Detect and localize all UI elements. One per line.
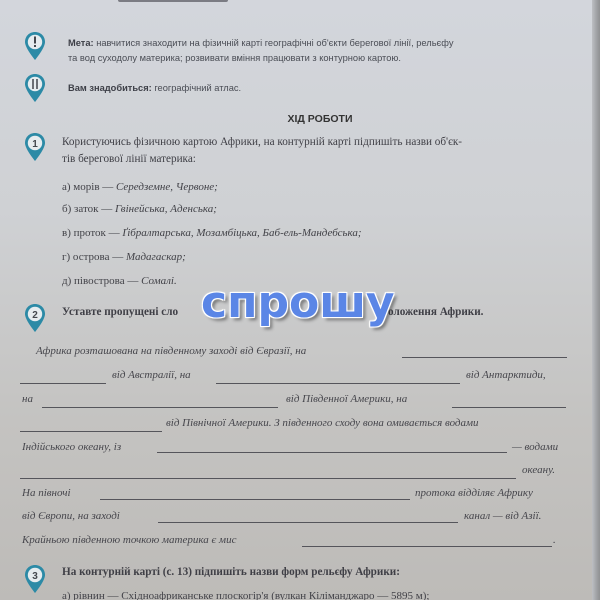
answer-blank[interactable]	[216, 383, 460, 384]
answer-blank[interactable]	[402, 357, 567, 358]
section-title: ХІД РОБОТИ	[0, 113, 600, 125]
answer-blank[interactable]	[20, 431, 162, 432]
svg-text:2: 2	[32, 310, 38, 321]
watermark-text: спрошу	[201, 277, 395, 328]
task-3-number-icon: 3	[24, 564, 46, 594]
task-1-item-c: в) проток — Ґібралтарська, Мозамбіцька, …	[62, 227, 362, 239]
task-3-line-2: а) рівнин — Східноафриканське плоскогір'…	[62, 590, 430, 600]
fill-text: від Європи, на заході	[22, 510, 120, 522]
answer-e: Сомалі.	[141, 275, 177, 287]
answer-blank[interactable]	[157, 452, 507, 453]
fill-text: на	[22, 393, 33, 405]
page-edge	[592, 0, 600, 600]
task-1-item-a: а) морів — Середземне, Червоне;	[62, 181, 218, 193]
answer-blank[interactable]	[452, 407, 566, 408]
svg-text:1: 1	[32, 139, 38, 150]
answer-b: Гвінейська, Аденська;	[115, 203, 217, 215]
task-1-item-e: д) півострова — Сомалі.	[62, 275, 177, 287]
svg-text:3: 3	[32, 571, 38, 582]
task-1-item-b: б) заток — Гвінейська, Аденська;	[62, 203, 217, 215]
answer-blank[interactable]	[158, 522, 458, 523]
answer-blank[interactable]	[20, 383, 106, 384]
task-2-number-icon: 2	[24, 303, 46, 333]
task-1-item-d: г) острова — Мадагаскар;	[62, 251, 186, 263]
fill-text: від Антарктиди,	[466, 369, 546, 381]
needs-line: Вам знадобиться: географічний атлас.	[68, 81, 241, 96]
needs-text: географічний атлас.	[154, 83, 241, 93]
task-3-line-1: На контурній карті (с. 13) підпишіть наз…	[62, 566, 400, 578]
fill-text: від Південної Америки, на	[286, 393, 407, 405]
fill-text: канал — від Азії.	[464, 510, 541, 522]
answer-d: Мадагаскар;	[126, 251, 186, 263]
goal-line-1: Мета: навчитися знаходити на фізичній ка…	[68, 36, 453, 51]
answer-blank[interactable]	[42, 407, 278, 408]
answer-a: Середземне, Червоне;	[116, 181, 218, 193]
fill-text: — водами	[512, 441, 558, 453]
fill-text: протока відділяє Африку	[415, 487, 533, 499]
fill-text: від Північної Америки. З південного сход…	[166, 417, 479, 429]
fill-text: від Австралії, на	[112, 369, 191, 381]
exclamation-pin-icon	[24, 31, 46, 61]
tools-pin-icon	[24, 73, 46, 103]
answer-c: Ґібралтарська, Мозамбіцька, Баб-ель-Манд…	[122, 227, 361, 239]
goal-line-2: та вод суходолу материка; розвивати вмін…	[68, 51, 401, 66]
goal-text-1: навчитися знаходити на фізичній карті ге…	[96, 38, 453, 48]
fill-text: .	[553, 534, 556, 546]
needs-label: Вам знадобиться:	[68, 83, 152, 93]
fill-text: океану.	[522, 464, 555, 476]
fill-text: Індійського океану, із	[22, 441, 121, 453]
task-2-text-left: Уставте пропущені сло	[62, 306, 178, 318]
task-1-line-1: Користуючись фізичною картою Африки, на …	[62, 136, 462, 148]
task-2-text-right: оложення Африки.	[388, 306, 483, 318]
fill-text: Африка розташована на південному заході …	[36, 345, 306, 357]
fill-text: Крайньою південною точкою материка є мис	[22, 534, 236, 546]
answer-blank[interactable]	[100, 499, 410, 500]
fill-text: На півночі	[22, 487, 71, 499]
task-1-line-2: тів берегової лінії материка:	[62, 153, 196, 165]
task-1-number-icon: 1	[24, 132, 46, 162]
answer-blank[interactable]	[302, 546, 552, 547]
goal-label: Мета:	[68, 38, 94, 48]
cut-off-title	[118, 0, 228, 2]
answer-blank[interactable]	[20, 478, 516, 479]
